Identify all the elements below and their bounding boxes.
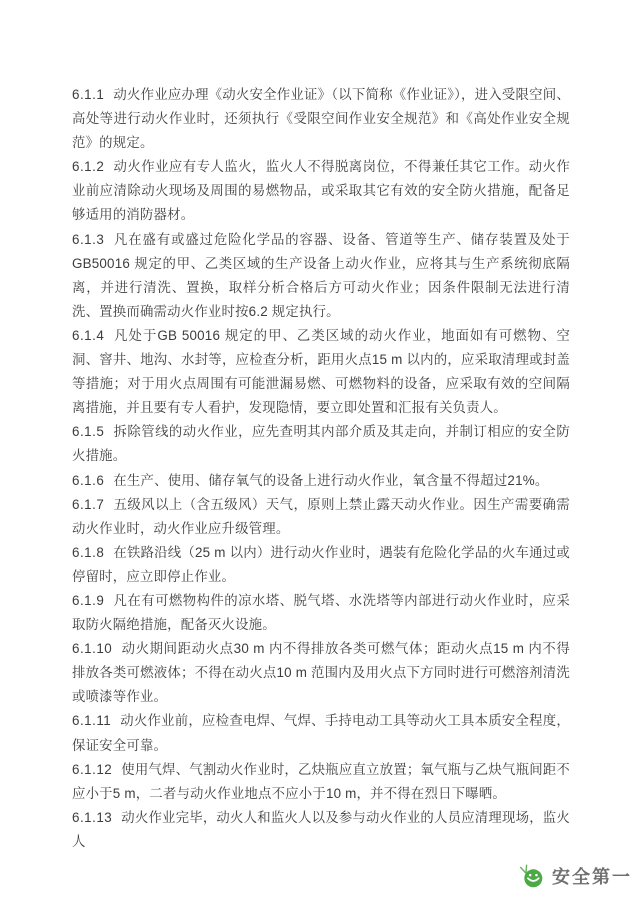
item-text: 在生产、使用、储存氧气的设备上进行动火作业，氧含量不得超过21%。 xyxy=(113,473,548,488)
regulation-item: 6.1.7五级风以上（含五级风）天气，原则上禁止露天动火作业。因生产需要确需动火… xyxy=(72,493,570,541)
item-number: 6.1.3 xyxy=(72,232,104,247)
item-number: 6.1.1 xyxy=(72,87,104,102)
item-text: 五级风以上（含五级风）天气，原则上禁止露天动火作业。因生产需要确需动火作业时，动… xyxy=(72,497,570,536)
item-text: 使用气焊、气割动火作业时，乙炔瓶应直立放置；氧气瓶与乙炔气瓶间距不应小于5 m，… xyxy=(72,762,570,801)
regulation-item: 6.1.10动火期间距动火点30 m 内不得排放各类可燃气体；距动火点15 m … xyxy=(72,637,570,709)
regulation-text-block: 6.1.1动火作业应办理《动火安全作业证》（以下简称《作业证》），进入受限空间、… xyxy=(72,83,570,854)
regulation-item: 6.1.9凡在有可燃物构件的凉水塔、脱气塔、水洗塔等内部进行动火作业时，应采取防… xyxy=(72,589,570,637)
item-text: 动火期间距动火点30 m 内不得排放各类可燃气体；距动火点15 m 内不得排放各… xyxy=(72,641,570,704)
regulation-item: 6.1.13动火作业完毕，动火人和监火人以及参与动火作业的人员应清理现场，监火人 xyxy=(72,806,570,854)
item-text: 动火作业应有专人监火，监火人不得脱离岗位，不得兼任其它工作。动火作业前应清除动火… xyxy=(72,159,570,222)
item-text: 动火作业前，应检查电焊、气焊、手持电动工具等动火工具本质安全程度，保证安全可靠。 xyxy=(72,713,570,752)
regulation-item: 6.1.1动火作业应办理《动火安全作业证》（以下简称《作业证》），进入受限空间、… xyxy=(72,83,570,155)
document-page: 6.1.1动火作业应办理《动火安全作业证》（以下简称《作业证》），进入受限空间、… xyxy=(0,0,640,905)
regulation-item: 6.1.3凡在盛有或盛过危险化学品的容器、设备、管道等生产、储存装置及处于GB5… xyxy=(72,228,570,324)
item-number: 6.1.11 xyxy=(72,713,111,728)
safety-logo-icon xyxy=(518,863,545,890)
item-text: 凡在盛有或盛过危险化学品的容器、设备、管道等生产、储存装置及处于GB50016 … xyxy=(72,232,570,319)
item-number: 6.1.13 xyxy=(72,810,112,825)
item-number: 6.1.10 xyxy=(72,641,112,656)
item-number: 6.1.8 xyxy=(72,545,104,560)
watermark: 安全第一 xyxy=(518,860,632,892)
regulation-item: 6.1.8在铁路沿线（25 m 以内）进行动火作业时，遇装有危险化学品的火车通过… xyxy=(72,541,570,589)
regulation-item: 6.1.2动火作业应有专人监火，监火人不得脱离岗位，不得兼任其它工作。动火作业前… xyxy=(72,155,570,227)
regulation-item: 6.1.5拆除管线的动火作业，应先查明其内部介质及其走向，并制订相应的安全防火措… xyxy=(72,420,570,468)
item-number: 6.1.9 xyxy=(72,593,104,608)
item-number: 6.1.7 xyxy=(72,497,104,512)
item-text: 动火作业应办理《动火安全作业证》（以下简称《作业证》），进入受限空间、高处等进行… xyxy=(72,87,570,150)
item-text: 动火作业完毕，动火人和监火人以及参与动火作业的人员应清理现场，监火人 xyxy=(72,810,570,849)
regulation-item: 6.1.11动火作业前，应检查电焊、气焊、手持电动工具等动火工具本质安全程度，保… xyxy=(72,709,570,757)
item-number: 6.1.5 xyxy=(72,424,104,439)
watermark-label: 安全第一 xyxy=(552,863,632,889)
item-text: 凡在有可燃物构件的凉水塔、脱气塔、水洗塔等内部进行动火作业时，应采取防火隔绝措施… xyxy=(72,593,570,632)
item-number: 6.1.12 xyxy=(72,762,112,777)
item-number: 6.1.2 xyxy=(72,159,104,174)
item-number: 6.1.6 xyxy=(72,473,104,488)
item-text: 在铁路沿线（25 m 以内）进行动火作业时，遇装有危险化学品的火车通过或停留时，… xyxy=(72,545,570,584)
item-number: 6.1.4 xyxy=(72,328,104,343)
item-text: 拆除管线的动火作业，应先查明其内部介质及其走向，并制订相应的安全防火措施。 xyxy=(72,424,570,463)
item-text: 凡处于GB 50016 规定的甲、乙类区域的动火作业，地面如有可燃物、空洞、窨井… xyxy=(72,328,570,415)
regulation-item: 6.1.6在生产、使用、储存氧气的设备上进行动火作业，氧含量不得超过21%。 xyxy=(72,469,570,493)
regulation-item: 6.1.4凡处于GB 50016 规定的甲、乙类区域的动火作业，地面如有可燃物、… xyxy=(72,324,570,420)
regulation-item: 6.1.12使用气焊、气割动火作业时，乙炔瓶应直立放置；氧气瓶与乙炔气瓶间距不应… xyxy=(72,758,570,806)
